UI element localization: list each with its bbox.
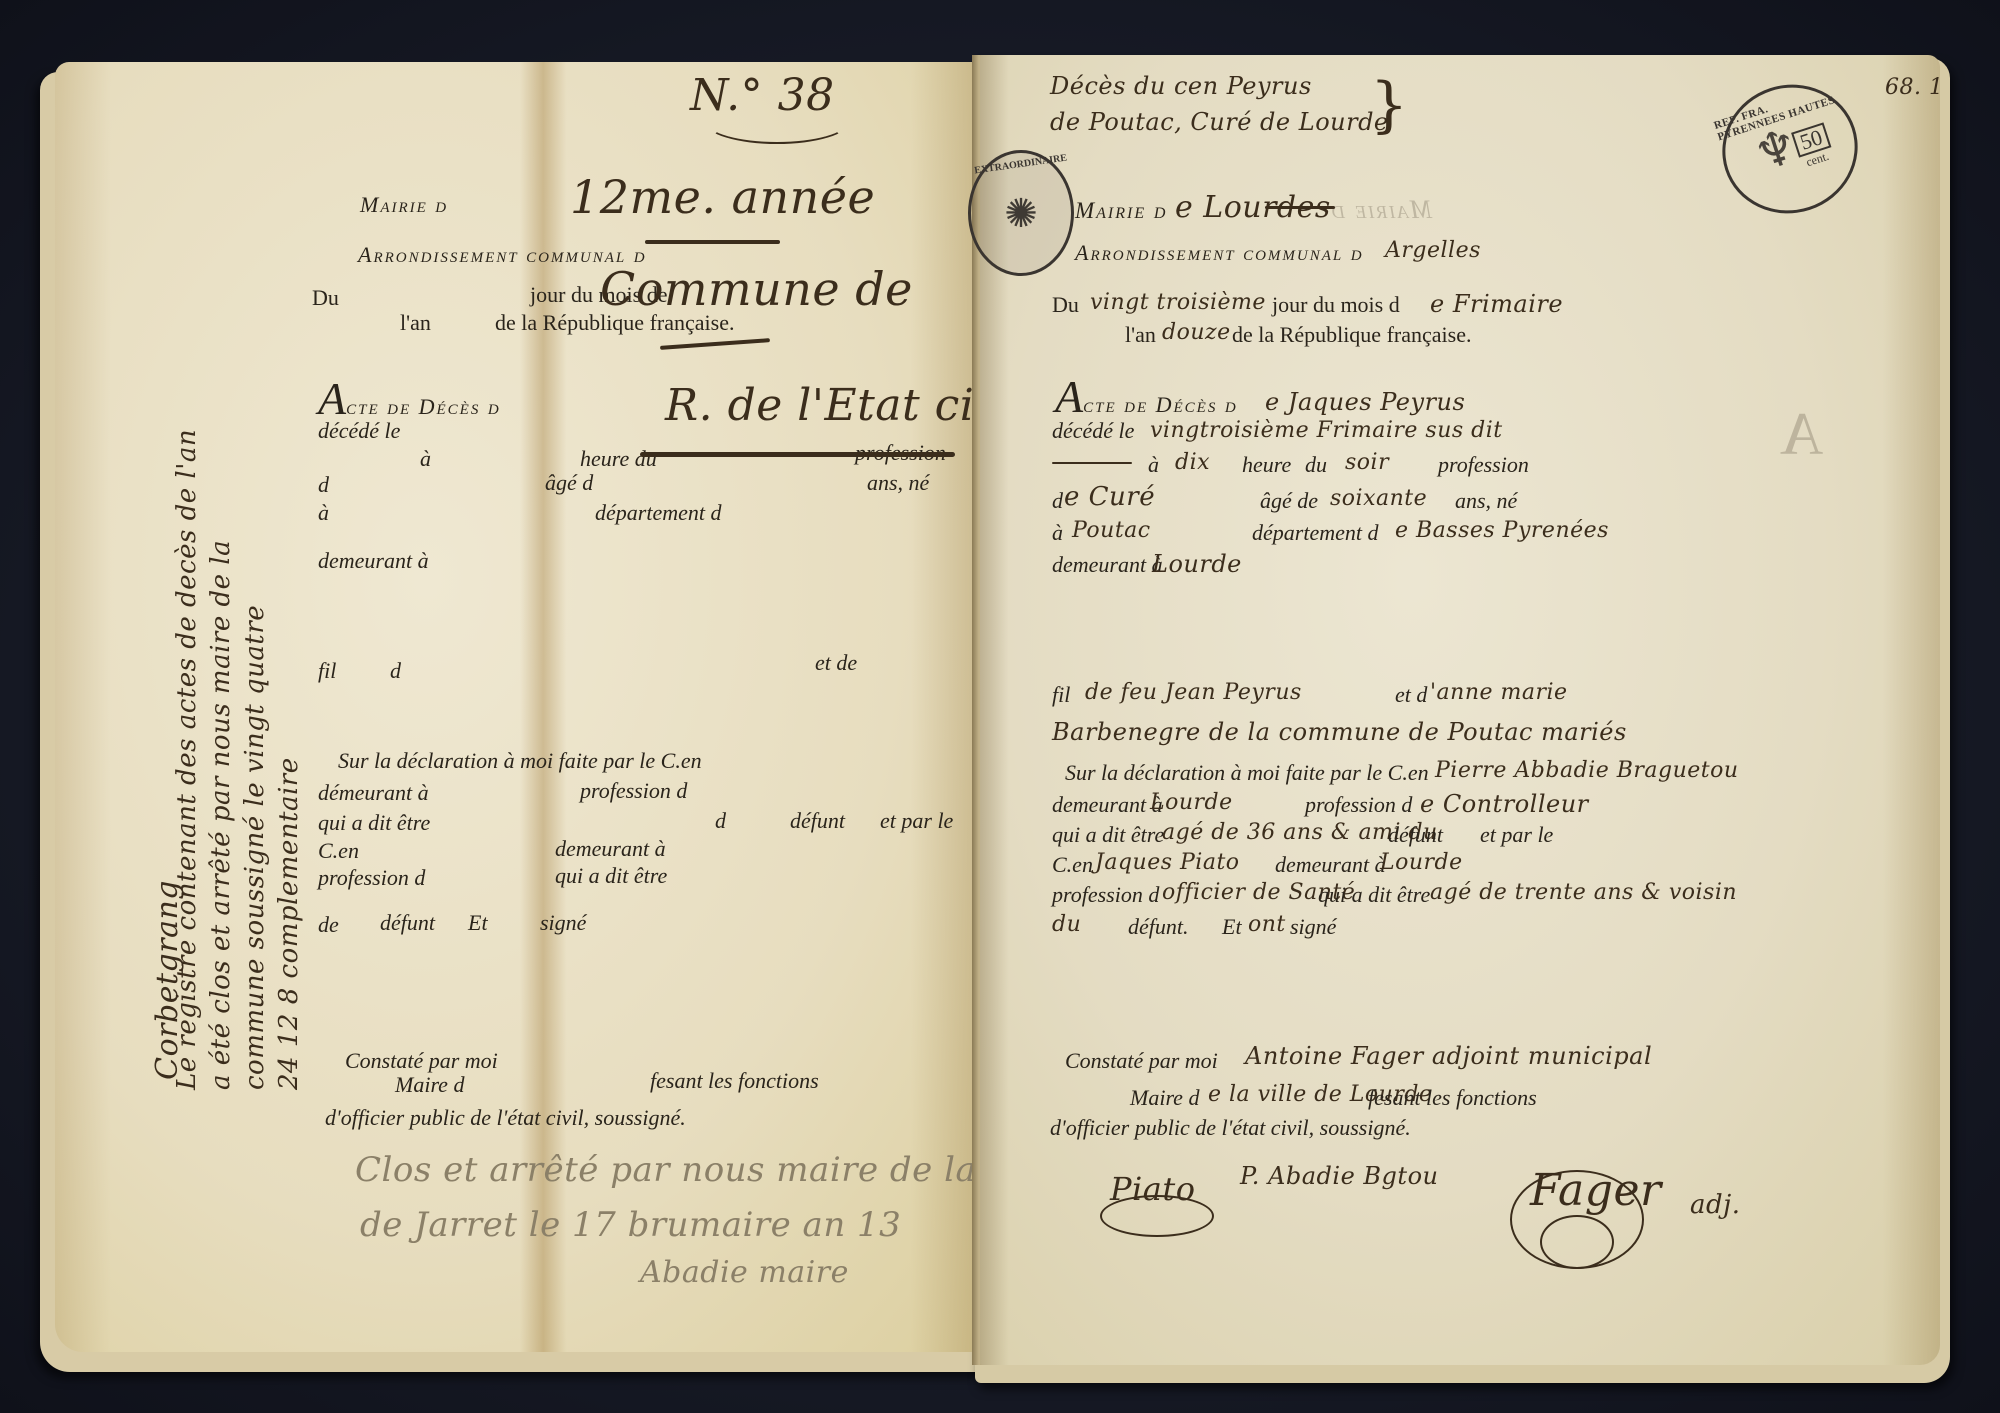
departement-value: e Basses Pyrenées [1395, 518, 1609, 543]
constate-value: Antoine Fager adjoint municipal [1245, 1042, 1652, 1070]
departement-label: département d [595, 500, 721, 526]
signe-label: signé [1290, 914, 1336, 940]
signature-abadie: P. Abadie Bgtou [1240, 1162, 1438, 1190]
et-label: Et [468, 910, 488, 936]
fils-label: fil [1052, 682, 1070, 708]
acte-value: e Jaques Peyrus [1265, 388, 1465, 416]
decede-value: vingtroisième Frimaire sus dit [1150, 418, 1503, 443]
age-label: âgé de [1260, 488, 1318, 514]
dash-line [1265, 206, 1335, 209]
extraordinaire-tax-stamp: EXTRAORDINAIRE ✺ [968, 150, 1074, 276]
fils-label: fil [318, 658, 336, 684]
demeurant2-label: demeurant à [1052, 792, 1163, 818]
closing-note-line: de Jarret le 17 brumaire an 13 [360, 1205, 901, 1245]
profession-value: e Curé [1064, 482, 1155, 512]
heure-label: heure du [580, 446, 657, 472]
et-de-label: et d [1395, 682, 1427, 708]
strike-line [645, 240, 780, 244]
du-label: Du [1052, 292, 1079, 318]
d-label: d [318, 472, 329, 498]
republique-label: de la République française. [495, 310, 734, 336]
jour-value: Commune de [600, 262, 913, 316]
demeurant2-value: Lourde [1150, 790, 1233, 815]
signature-flourish [1100, 1195, 1214, 1237]
acte-heading: Acte de Décès d [1055, 370, 1238, 423]
a-value: dix [1175, 450, 1210, 475]
declaration-label: Sur la déclaration à moi faite par le C.… [1065, 760, 1429, 786]
seated-figure-emblem-icon: ♆ [1747, 117, 1805, 184]
jour-value: e Frimaire [1430, 290, 1563, 318]
demeurant3-label: demeurant à [1275, 852, 1386, 878]
acte-initial: A [1055, 371, 1083, 422]
age-value: soixante [1330, 486, 1427, 511]
signature-flourish [1540, 1215, 1614, 1269]
arrondissement-label: Arrondissement communal d [1075, 240, 1364, 266]
signe-label: signé [540, 910, 586, 936]
demeurant-label: demeurant à [318, 548, 429, 574]
number-flourish [705, 100, 849, 144]
closing-signature: Abadie maire [640, 1255, 849, 1290]
arrondissement-value: Argelles [1385, 238, 1481, 263]
defunt-label: défunt [1388, 822, 1443, 848]
qui-dit-label: qui a dit être [1052, 822, 1164, 848]
a-label: à [420, 446, 431, 472]
demeurant3-value: Lourde [1380, 850, 1463, 875]
declaration-label: Sur la déclaration à moi faite par le C.… [338, 748, 702, 774]
defunt-label: défunt [790, 808, 845, 834]
departement-label: département d [1252, 520, 1378, 546]
decede-label: décédé le [1052, 418, 1134, 444]
et-de-label: et de [815, 650, 857, 676]
an-value: douze [1162, 320, 1231, 345]
mairie-label: Mairie d [1075, 198, 1167, 224]
fils-d-label: d [390, 658, 401, 684]
temoin-value: Jaques Piato [1095, 850, 1240, 875]
age-label: âgé d [545, 470, 593, 496]
dash-line [1052, 462, 1132, 464]
profession2-value: e Controlleur [1420, 790, 1589, 818]
qui-dit2-value: agé de trente ans & voisin [1430, 880, 1737, 905]
profession-label: profession [1438, 452, 1529, 478]
d-label: d [1052, 488, 1063, 514]
qui-dit2-label: qui a dit être [1318, 882, 1430, 908]
ne-value: Poutac [1072, 518, 1151, 543]
heure-label: heure [1242, 452, 1291, 478]
fils-value: de feu Jean Peyrus [1085, 680, 1302, 705]
qui-dit-label: qui a dit être [318, 810, 430, 836]
acte-label: cte de Décès d [346, 394, 501, 419]
ans-label: ans, né [867, 470, 929, 496]
et-par-le-label: et par le [880, 808, 953, 834]
signature-adjoint: adj. [1690, 1190, 1740, 1220]
constate-label: Constaté par moi [345, 1048, 498, 1074]
header-note-line: de Poutac, Curé de Lourde [1050, 108, 1389, 136]
a2-label: à [318, 500, 329, 526]
profession3-label: profession d [318, 865, 425, 891]
declarant-value: Pierre Abbadie Braguetou [1435, 758, 1739, 783]
left-margin-note: Le registre contenant des actes de decès… [170, 90, 306, 1090]
acte-initial: A [318, 373, 346, 424]
du-value-2: soir [1345, 450, 1389, 475]
constate-label: Constaté par moi [1065, 1048, 1218, 1074]
cen-label: C.en [318, 838, 359, 864]
demeurant-label: demeurant à [1052, 552, 1163, 578]
et-par-le-label: et par le [1480, 822, 1553, 848]
an-label: l'an [400, 310, 431, 336]
decede-label: décédé le [318, 418, 400, 444]
maire-label: Maire d [395, 1072, 464, 1098]
margin-note-line: commune soussigné le vingt quatre [240, 605, 270, 1090]
header-note-line: Décès du cen Peyrus [1050, 72, 1312, 100]
demeurant-value: Lourde [1152, 550, 1242, 578]
du-value: vingt troisième [1090, 290, 1266, 315]
jour-label: jour du mois d [1272, 292, 1400, 318]
demeurant3-label: demeurant à [555, 836, 666, 862]
bleed-through-text: Mairie d [1330, 195, 1432, 225]
fesant-label: fesant les fonctions [1368, 1085, 1537, 1111]
du-label: Du [312, 285, 339, 311]
mere-value-1: 'anne marie [1430, 680, 1568, 705]
margin-note-line: a été clos et arrêté par nous maire de l… [206, 540, 236, 1090]
profession2-label: profession d [1305, 792, 1412, 818]
defunt2-label: défunt. [1128, 914, 1189, 940]
qui-dit2-label: qui a dit être [555, 863, 667, 889]
de-value: du [1052, 912, 1081, 937]
demeurant2-label: démeurant à [318, 780, 429, 806]
mairie-label: Mairie d [360, 192, 448, 218]
mere-value-2: Barbenegre de la commune de Poutac marié… [1052, 718, 1627, 746]
an-label: l'an [1125, 322, 1156, 348]
defunt2-label: défunt [380, 910, 435, 936]
folio-number: 68. 1 [1885, 75, 1943, 100]
profession2-label: profession d [580, 778, 687, 804]
officier-label: d'officier public de l'état civil, souss… [325, 1105, 686, 1131]
margin-signature: Corbetgrang [150, 880, 185, 1080]
bracket-icon: } [1370, 70, 1409, 140]
du-label-2: du [1305, 452, 1327, 478]
cen-label: C.en [1052, 852, 1093, 878]
fesant-label: fesant les fonctions [650, 1068, 819, 1094]
strike-line [640, 452, 955, 457]
a2-label: à [1052, 520, 1063, 546]
a-label: à [1148, 452, 1159, 478]
ont-value: ont [1248, 912, 1286, 937]
et-label: Et [1222, 914, 1242, 940]
republique-label: de la République française. [1232, 322, 1471, 348]
eagle-emblem-icon: ✺ [1004, 190, 1038, 237]
mairie-value: 12me. année [570, 170, 875, 224]
maire-label: Maire d [1130, 1085, 1199, 1111]
d2-label: d [715, 808, 726, 834]
acte-label: cte de Décès d [1083, 392, 1238, 417]
bleed-through-text: A [1780, 400, 1823, 469]
officier-label: d'officier public de l'état civil, souss… [1050, 1115, 1411, 1141]
ans-label: ans, né [1455, 488, 1517, 514]
de-label: de [318, 912, 339, 938]
margin-note-line: 24 12 8 complementaire [274, 757, 304, 1090]
profession3-label: profession d [1052, 882, 1159, 908]
